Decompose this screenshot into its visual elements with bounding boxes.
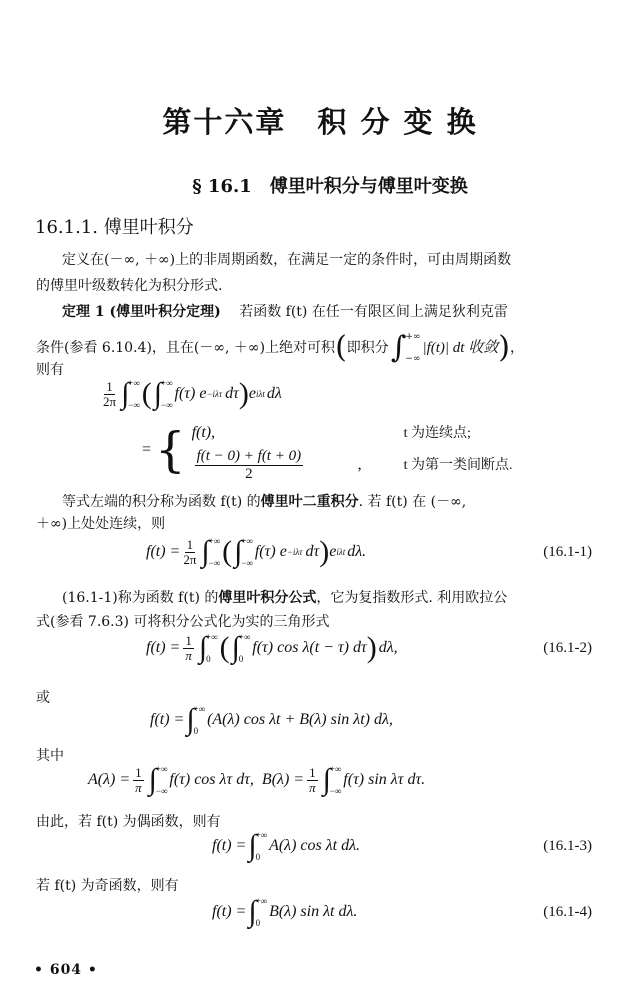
even-case-text: 由此，若 f(t) 为偶函数，则有 [36,812,221,832]
integral-sign: ∫+∞0 [186,704,205,736]
page-number: • 604 • [34,962,98,978]
integral-sign: ∫ +∞−∞ [121,378,140,410]
double-integral-line1: 等式左端的积分称为函数 f(t) 的傅里叶二重积分. 若 f(t) 在 (－∞, [62,492,466,512]
double-integral-line2: ＋∞)上处处连续，则 [36,514,165,534]
case2-fraction: f(t − 0) + f(t + 0) 2 [195,448,304,483]
intro-paragraph-line2: 的傅里叶级数转化为积分形式. [36,276,222,296]
intro-paragraph-line1: 定义在(－∞, ＋∞)上的非周期函数，在满足一定的条件时，可由周期函数 [62,250,511,270]
equation-number: (16.1-3) [543,838,592,855]
term-integral-formula: 傅里叶积分公式 [218,590,316,606]
big-left-paren: ( [335,333,347,363]
punctuation: ， [510,338,524,358]
theorem-line1: 定理 1 (傅里叶积分定理) 若函数 f(t) 在任一有限区间上满足狄利克雷 [62,302,508,322]
or-label: 或 [36,688,50,708]
integral-sign: ∫+∞0 [248,830,267,862]
term-double-integral: 傅里叶二重积分 [261,494,359,510]
equation-number: (16.1-4) [543,904,592,921]
equation-A-B: A(λ) = 1π ∫+∞−∞ f(τ) cos λτ dτ, B(λ) = 1… [88,764,425,796]
theorem-integral-label: 即积分 [347,338,389,358]
big-right-paren: ) [498,333,510,363]
case2-condition: t 为第一类间断点. [404,456,513,476]
integral-sign: ∫+∞−∞ [323,764,342,796]
theorem-equation-lhs: 1 2π ∫ +∞−∞ ( ∫ +∞−∞ f(τ) e−iλτ dτ ) eiλ… [100,378,282,410]
case1-value: f(t), [192,424,216,442]
formula-ref-line2: 式(参看 7.6.3) 可将积分公式化为实的三角形式 [36,612,329,632]
left-brace: { [155,426,186,474]
integral-sign: ∫ +∞−∞ [154,378,173,410]
subsection-title: 16.1.1. 傅里叶积分 [35,213,194,239]
equation-trig-form: f(t) = ∫+∞0 (A(λ) cos λt + B(λ) sin λt) … [150,704,393,736]
equation-number: (16.1-1) [543,544,592,561]
equation-16-1-2: f(t) = 1π ∫+∞0 ( ∫+∞0 f(τ) cos λ(t − τ) … [146,632,640,664]
theorem-condition: 条件(参看 6.10.4)，且在(－∞, ＋∞)上绝对可积 [36,338,335,358]
integral-sign: ∫+∞0 [248,896,267,928]
integral-sign: ∫+∞−∞ [149,764,168,796]
equation-16-1-3: f(t) = ∫+∞0 A(λ) cos λt dλ. (16.1-3) [212,830,640,862]
theorem-line2: 条件(参看 6.10.4)，且在(－∞, ＋∞)上绝对可积 ( 即积分 ∫ +∞… [36,332,524,364]
case1-condition: t 为连续点; [404,424,471,444]
theorem-equation-cases: = { f(t), t 为连续点; f(t − 0) + f(t + 0) 2 … [142,420,546,480]
equation-16-1-1: f(t) = 12π ∫+∞−∞ ( ∫+∞−∞ f(τ) e−iλτ dτ )… [146,536,640,568]
theorem-integrand: |f(t)| dt 收敛 [422,338,498,358]
integral-sign: ∫+∞−∞ [234,536,253,568]
section-title: § 16.1 傅里叶积分与傅里叶变换 [0,172,640,198]
equation-number: (16.1-2) [543,640,592,657]
odd-case-text: 若 f(t) 为奇函数，则有 [36,876,179,896]
chapter-title: 第十六章 积 分 变 换 [0,100,640,141]
where-label: 其中 [36,746,64,766]
integral-sign: ∫+∞0 [232,632,251,664]
integral-sign: ∫+∞−∞ [201,536,220,568]
fraction: 1 2π [103,380,116,409]
equation-16-1-4: f(t) = ∫+∞0 B(λ) sin λt dλ. (16.1-4) [212,896,640,928]
formula-ref-line1: (16.1-1)称为函数 f(t) 的傅里叶积分公式，它为复指数形式. 利用欧拉… [62,588,507,608]
theorem-statement: 若函数 f(t) 在任一有限区间上满足狄利克雷 [239,304,508,320]
theorem-label: 定理 1 (傅里叶积分定理) [62,304,221,320]
integral-sign: ∫+∞0 [199,632,218,664]
theorem-line3: 则有 [36,360,64,380]
integral-sign: ∫ +∞−∞ [391,332,421,364]
